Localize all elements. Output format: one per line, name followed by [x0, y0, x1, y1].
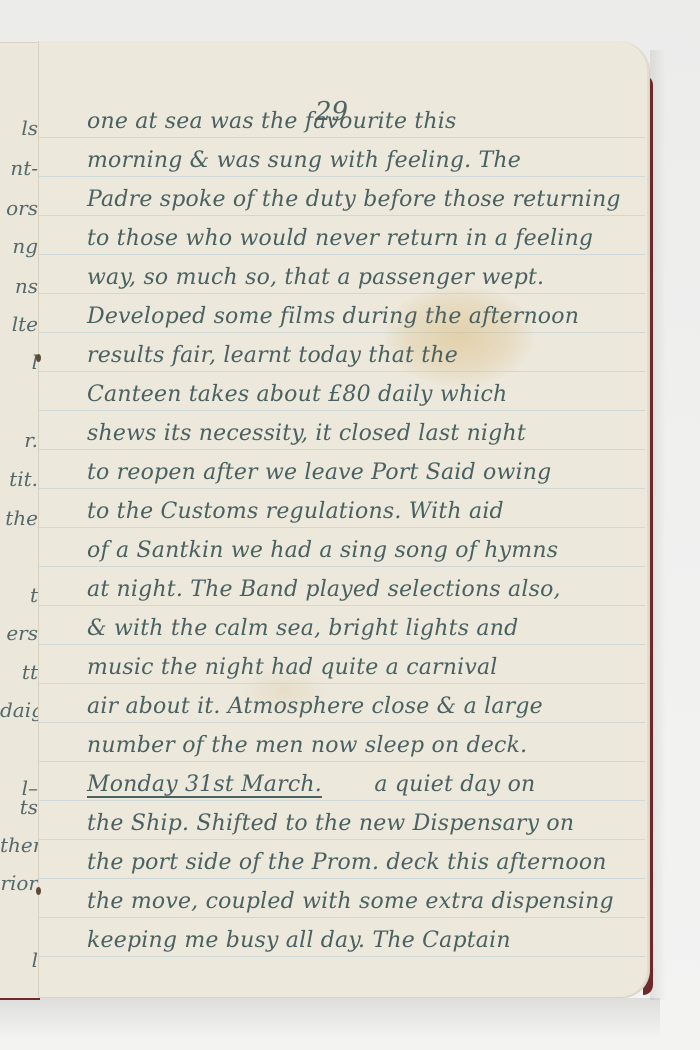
facing-page-fragment: tt — [0, 660, 38, 684]
facing-page-fragment: nt- — [0, 156, 38, 180]
diary-line: air about it. Atmosphere close & a large — [87, 694, 543, 719]
diary-entry-heading: Monday 31st March. a quiet day on — [87, 772, 535, 797]
rule-line — [39, 566, 645, 567]
facing-page-fragment: r. — [0, 428, 38, 452]
diary-line: Padre spoke of the duty before those ret… — [87, 187, 621, 212]
rule-line — [39, 488, 645, 489]
rule-line — [39, 956, 645, 957]
diary-line: way, so much so, that a passenger wept. — [87, 265, 544, 290]
rule-line — [39, 722, 645, 723]
diary-line: of a Santkin we had a sing song of hymns — [87, 538, 558, 563]
facing-page-fragment: l — [0, 948, 38, 972]
diary-line: number of the men now sleep on deck. — [87, 733, 527, 758]
diary-line: the Ship. Shifted to the new Dispensary … — [87, 811, 574, 836]
facing-page-fragment: ng — [0, 234, 38, 258]
rule-line — [39, 254, 645, 255]
facing-page-fragment: tit. — [0, 467, 38, 491]
binding-hole — [36, 887, 41, 895]
diary-line: results fair, learnt today that the — [87, 343, 458, 368]
diary-line: & with the calm sea, bright lights and — [87, 616, 518, 641]
rule-line — [39, 332, 645, 333]
rule-line — [39, 800, 645, 801]
rule-line — [39, 917, 645, 918]
facing-page-fragment: daig — [0, 698, 38, 722]
diary-line: morning & was sung with feeling. The — [87, 148, 521, 173]
diary-line-continuation: a quiet day on — [374, 772, 535, 797]
facing-page-fragment: ts — [0, 795, 38, 819]
diary-page: 29 one at sea was the favourite this mor… — [38, 41, 649, 997]
diary-line: music the night had quite a carnival — [87, 655, 498, 680]
rule-line — [39, 410, 645, 411]
diary-line: the port side of the Prom. deck this aft… — [87, 850, 607, 875]
rule-line — [39, 683, 645, 684]
rule-line — [39, 644, 645, 645]
binding-hole — [36, 354, 41, 362]
facing-page-fragment: ors — [0, 196, 38, 220]
diary-line: Canteen takes about £80 daily which — [87, 382, 507, 407]
facing-page-fragment: l — [0, 350, 38, 374]
diary-line: to those who would never return in a fee… — [87, 226, 593, 251]
diary-line: shews its necessity, it closed last nigh… — [87, 421, 526, 446]
rule-line — [39, 371, 645, 372]
rule-line — [39, 527, 645, 528]
rule-line — [39, 449, 645, 450]
rule-line — [39, 293, 645, 294]
diary-line: at night. The Band played selections als… — [87, 577, 561, 602]
facing-page-fragment: then — [0, 833, 38, 857]
facing-page-fragment: ers — [0, 621, 38, 645]
facing-page: ls nt- ors ng ns lte l r. tit. the t ers… — [0, 42, 40, 1000]
facing-page-fragment: ls — [0, 116, 38, 140]
facing-page-fragment: lte — [0, 312, 38, 336]
diary-line: to the Customs regulations. With aid — [87, 499, 504, 524]
rule-line — [39, 176, 645, 177]
rule-line — [39, 878, 645, 879]
rule-line — [39, 839, 645, 840]
diary-line: Developed some films during the afternoo… — [87, 304, 579, 329]
entry-date: Monday 31st March. — [87, 772, 322, 797]
water-stain — [384, 286, 534, 386]
rule-line — [39, 761, 645, 762]
rule-line — [39, 137, 645, 138]
facing-page-fragment: t — [0, 583, 38, 607]
facing-page-fragment: rior — [0, 871, 38, 895]
diary-line: the move, coupled with some extra dispen… — [87, 889, 614, 914]
notebook-shadow — [0, 998, 660, 1038]
facing-page-fragment: the — [0, 506, 38, 530]
diary-line: to reopen after we leave Port Said owing — [87, 460, 551, 485]
diary-line: keeping me busy all day. The Captain — [87, 928, 511, 953]
rule-line — [39, 215, 645, 216]
rule-line — [39, 605, 645, 606]
facing-page-fragment: ns — [0, 274, 38, 298]
diary-line: one at sea was the favourite this — [87, 109, 457, 134]
